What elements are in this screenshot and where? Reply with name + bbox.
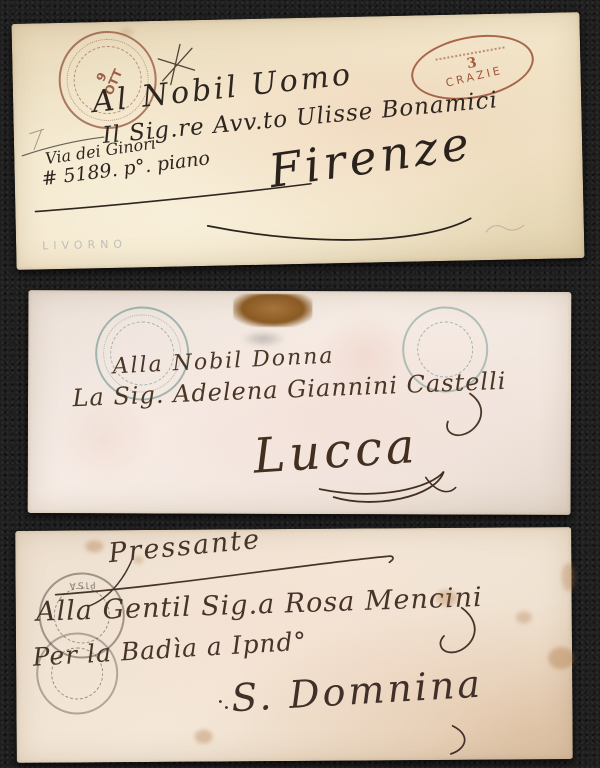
handwriting-destination: S. Domnina bbox=[230, 665, 484, 718]
handwriting-endorsement: Pressante bbox=[107, 526, 262, 567]
cover-sdomnina: PISA Pressante Alla Gentil Sig.a Rosa Me… bbox=[15, 527, 573, 763]
rate-stamp-number: 3 bbox=[466, 55, 478, 71]
postmark-pisa-text: PISA bbox=[67, 579, 96, 590]
foxing-spot bbox=[85, 540, 103, 552]
foxing-spot bbox=[436, 590, 458, 606]
foxing-spot bbox=[561, 563, 575, 591]
foxing-spot bbox=[516, 611, 532, 623]
livorno-handstamp: LIVORNO bbox=[42, 238, 127, 253]
foxing-spot bbox=[120, 27, 134, 36]
foxing-spot bbox=[195, 730, 213, 744]
cover-firenze: 9 OTT 3 CRAZIE Al Nobil Uomo Il Sig.re A… bbox=[11, 12, 584, 270]
foxing-spot bbox=[548, 647, 574, 669]
cover-lucca: Alla Nobil Donna La Sig. Adelena Giannin… bbox=[28, 290, 572, 515]
sealing-stain bbox=[233, 294, 312, 327]
handwriting-destination: Lucca bbox=[252, 422, 420, 481]
grey-smudge bbox=[240, 331, 286, 347]
foxing-spot bbox=[133, 556, 143, 564]
photo-scene: 9 OTT 3 CRAZIE Al Nobil Uomo Il Sig.re A… bbox=[0, 0, 600, 768]
